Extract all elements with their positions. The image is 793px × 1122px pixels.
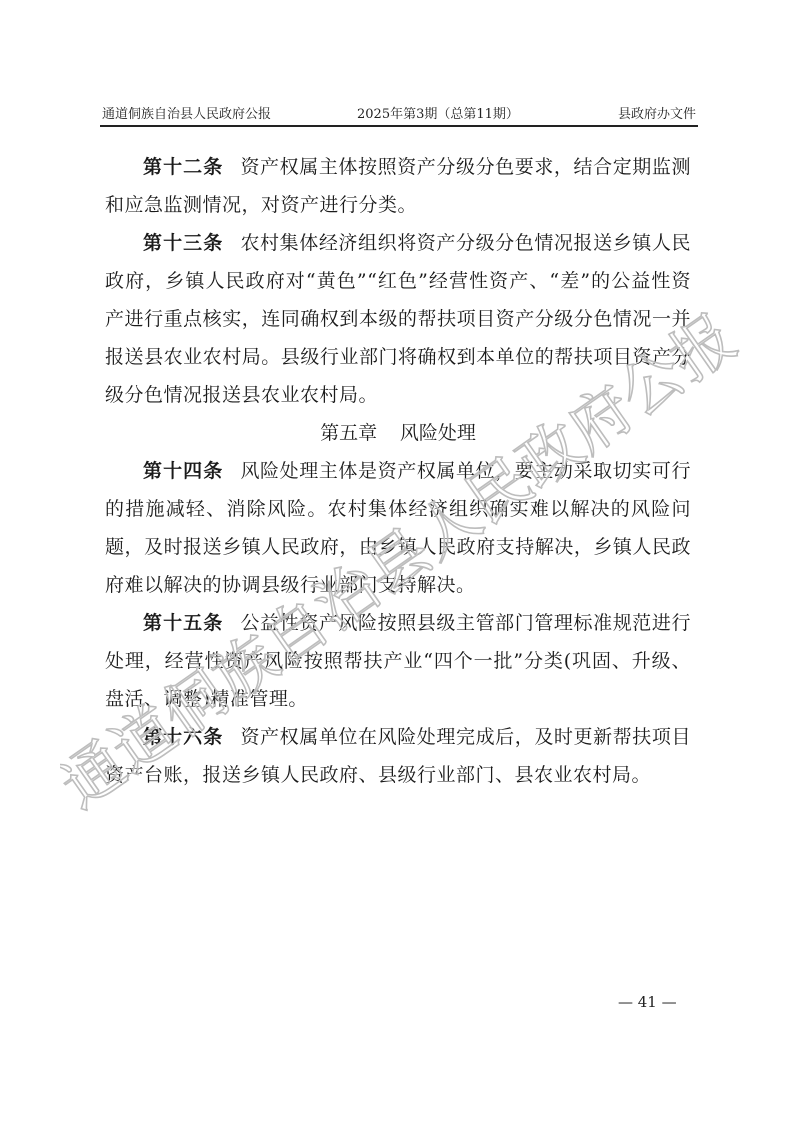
article-label: 第十六条 [143, 726, 223, 748]
header-publication-title: 通道侗族自治县人民政府公报 [102, 103, 271, 122]
chapter-number: 第五章 [320, 422, 377, 444]
article-15: 第十五条公益性资产风险按照县级主管部门管理标准规范进行处理，经营性资产风险按照帮… [105, 604, 691, 718]
article-label: 第十二条 [143, 156, 223, 178]
article-16: 第十六条资产权属单位在风险处理完成后，及时更新帮扶项目资产台账，报送乡镇人民政府… [105, 718, 691, 794]
article-label: 第十三条 [143, 232, 223, 254]
header-section: 县政府办文件 [618, 103, 696, 122]
header-rule [100, 125, 698, 127]
chapter-title: 风险处理 [400, 422, 476, 444]
article-text: 农村集体经济组织将资产分级分色情况报送乡镇人民政府，乡镇人民政府对“黄色”“红色… [105, 232, 691, 406]
document-body: 第十二条资产权属主体按照资产分级分色要求，结合定期监测和应急监测情况，对资产进行… [105, 148, 691, 794]
page-number: — 41 — [618, 993, 677, 1011]
article-14: 第十四条风险处理主体是资产权属单位，要主动采取切实可行的措施减轻、消除风险。农村… [105, 452, 691, 604]
chapter-heading: 第五章风险处理 [105, 414, 691, 452]
article-12: 第十二条资产权属主体按照资产分级分色要求，结合定期监测和应急监测情况，对资产进行… [105, 148, 691, 224]
article-13: 第十三条农村集体经济组织将资产分级分色情况报送乡镇人民政府，乡镇人民政府对“黄色… [105, 224, 691, 414]
header-issue: 2025年第3期（总第11期） [357, 103, 519, 122]
article-label: 第十五条 [143, 612, 223, 634]
running-header: 通道侗族自治县人民政府公报 2025年第3期（总第11期） 县政府办文件 [100, 103, 696, 123]
article-label: 第十四条 [143, 460, 223, 482]
